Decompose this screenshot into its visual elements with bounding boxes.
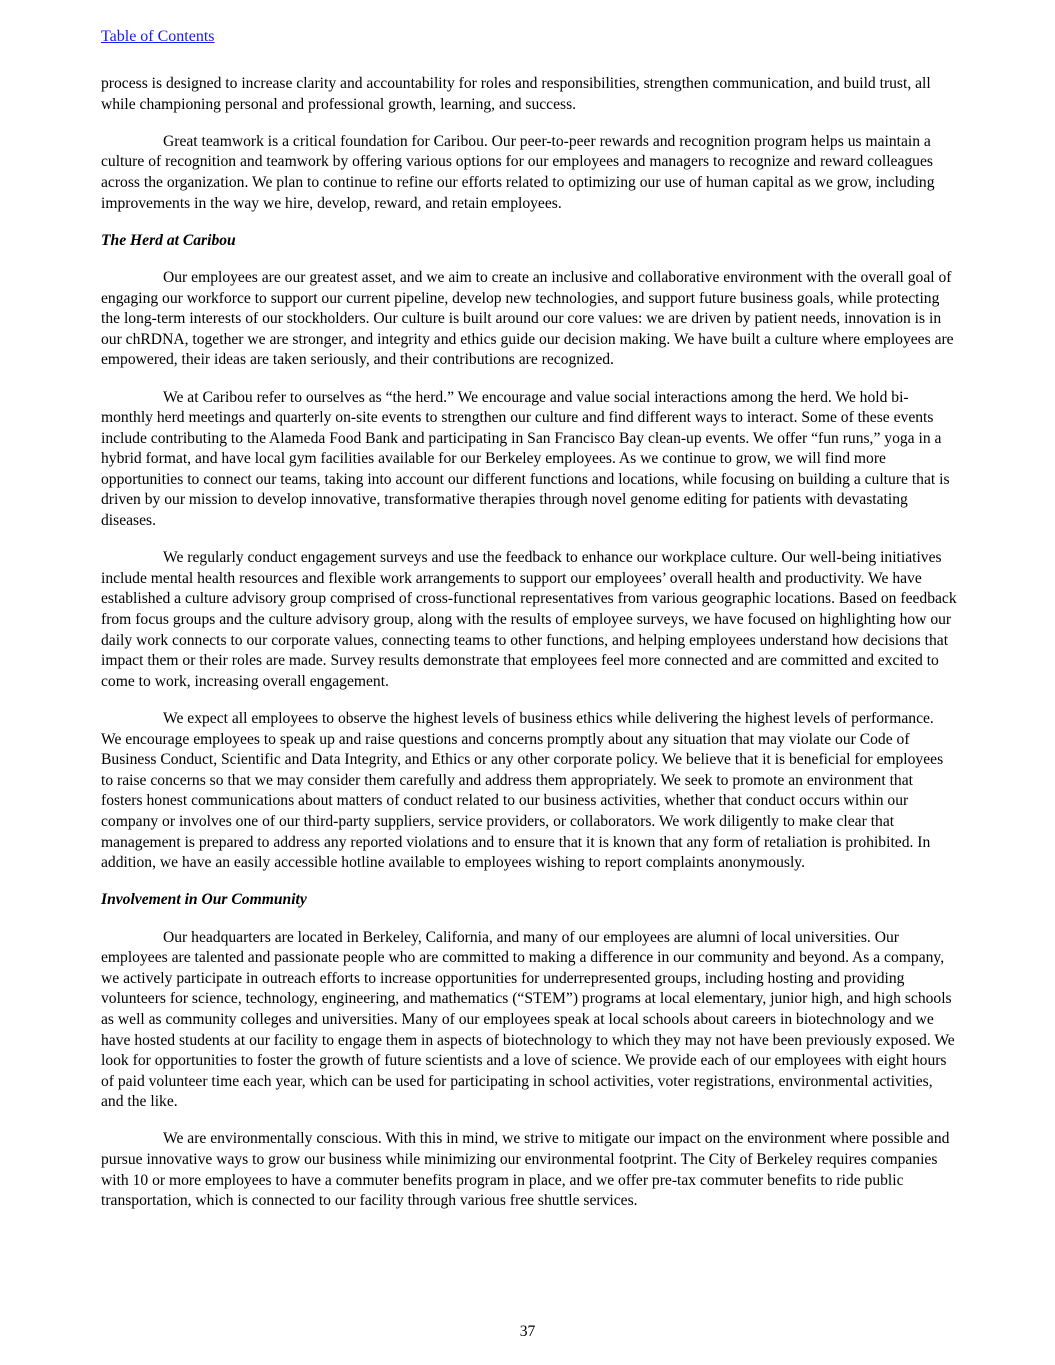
paragraph-business-ethics: We expect all employees to observe the h… <box>101 709 957 874</box>
page-number: 37 <box>0 1322 1055 1342</box>
paragraph-headquarters: Our headquarters are located in Berkeley… <box>101 928 957 1113</box>
section-heading-herd: The Herd at Caribou <box>101 231 957 252</box>
table-of-contents-link[interactable]: Table of Contents <box>101 27 215 47</box>
section-heading-community: Involvement in Our Community <box>101 890 957 911</box>
paragraph-continuation: process is designed to increase clarity … <box>101 74 957 115</box>
paragraph-employees-asset: Our employees are our greatest asset, an… <box>101 268 957 371</box>
paragraph-engagement-surveys: We regularly conduct engagement surveys … <box>101 548 957 692</box>
paragraph-teamwork: Great teamwork is a critical foundation … <box>101 132 957 214</box>
document-body: process is designed to increase clarity … <box>101 74 957 1212</box>
paragraph-environment: We are environmentally conscious. With t… <box>101 1129 957 1211</box>
document-page: Table of Contents process is designed to… <box>101 27 957 1228</box>
paragraph-the-herd: We at Caribou refer to ourselves as “the… <box>101 388 957 532</box>
